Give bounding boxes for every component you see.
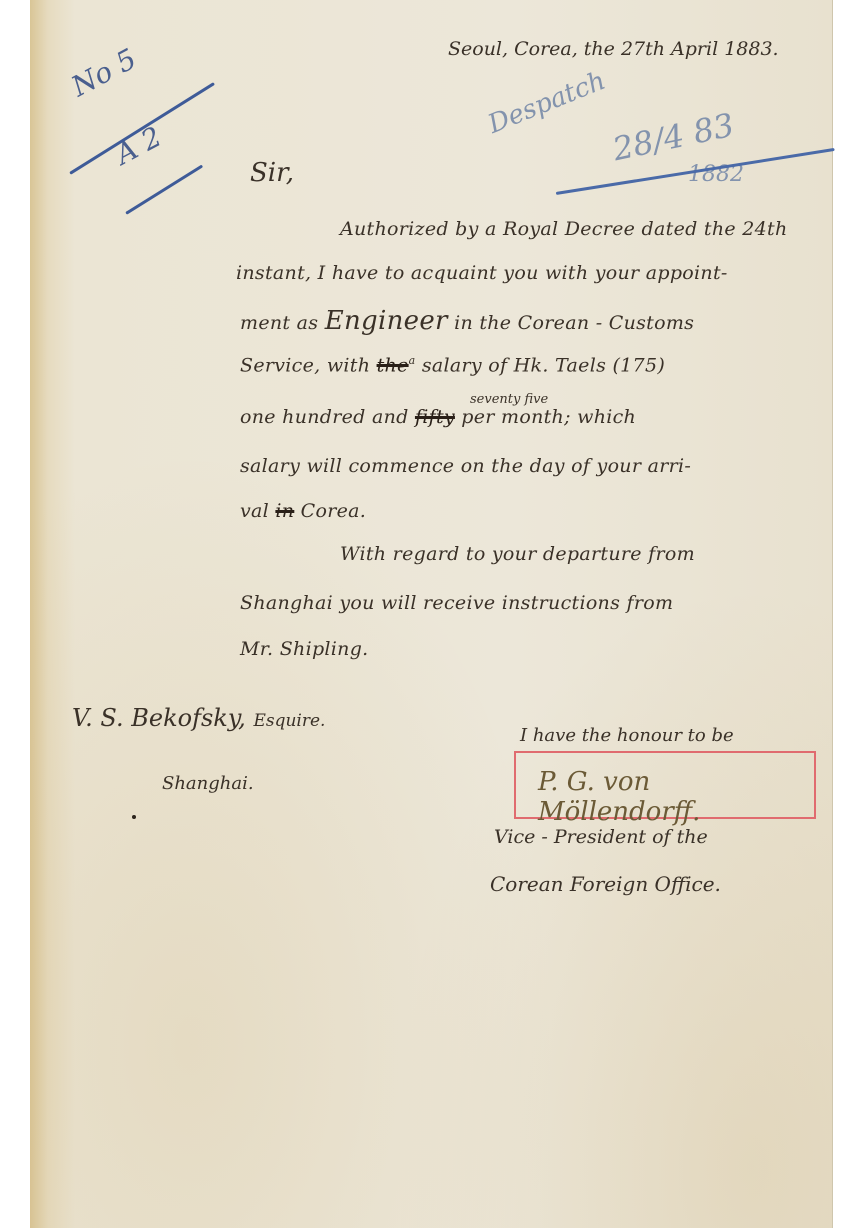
signatory-title-line-1: Vice - President of the: [494, 826, 708, 848]
body-line-5: one hundred and fifty per month; which: [240, 406, 636, 428]
body-line-8: With regard to your departure from: [340, 543, 695, 565]
body-line-10: Mr. Shipling.: [240, 638, 369, 660]
addressee-city: Shanghai.: [162, 773, 254, 794]
body-text: Service, with: [240, 354, 370, 376]
body-line-1: Authorized by a Royal Decree dated the 2…: [340, 218, 788, 240]
position-title: Engineer: [325, 306, 448, 336]
salutation: Sir,: [250, 158, 294, 188]
body-line-7: val in Corea.: [240, 500, 366, 522]
closing: I have the honour to be: [520, 725, 734, 746]
signature-highlight-box: P. G. von Möllendorff.: [514, 751, 816, 819]
body-line-2: instant, I have to acquaint you with you…: [236, 262, 728, 284]
body-line-6: salary will commence on the day of your …: [240, 455, 691, 477]
addressee-name-text: V. S. Bekofsky,: [72, 704, 246, 732]
addressee-suffix: Esquire.: [253, 711, 325, 731]
struck-word: the: [377, 354, 409, 376]
addressee-name: V. S. Bekofsky, Esquire.: [72, 704, 325, 732]
body-line-9: Shanghai you will receive instructions f…: [240, 592, 673, 614]
body-text: in the Corean - Customs: [454, 312, 694, 334]
struck-word: fifty: [415, 406, 455, 428]
ink-spot: [132, 815, 136, 819]
interlinear-insertion: seventy five: [470, 392, 548, 407]
body-text: ment as: [240, 312, 318, 334]
body-line-4: Service, with thea salary of Hk. Taels (…: [240, 354, 665, 376]
body-text: per month; which: [461, 406, 636, 428]
body-text: one hundred and: [240, 406, 409, 428]
struck-word: in: [275, 500, 294, 522]
dateline: Seoul, Corea, the 27th April 1883.: [448, 38, 779, 60]
body-line-3: ment as Engineer in the Corean - Customs: [240, 306, 694, 336]
signature: P. G. von Möllendorff.: [538, 767, 814, 827]
body-text: Corea.: [301, 500, 366, 522]
body-text: val: [240, 500, 269, 522]
salary-text: salary of Hk. Taels (175): [422, 354, 665, 376]
signatory-title-line-2: Corean Foreign Office.: [490, 872, 721, 896]
inserted-article: a: [409, 354, 416, 367]
